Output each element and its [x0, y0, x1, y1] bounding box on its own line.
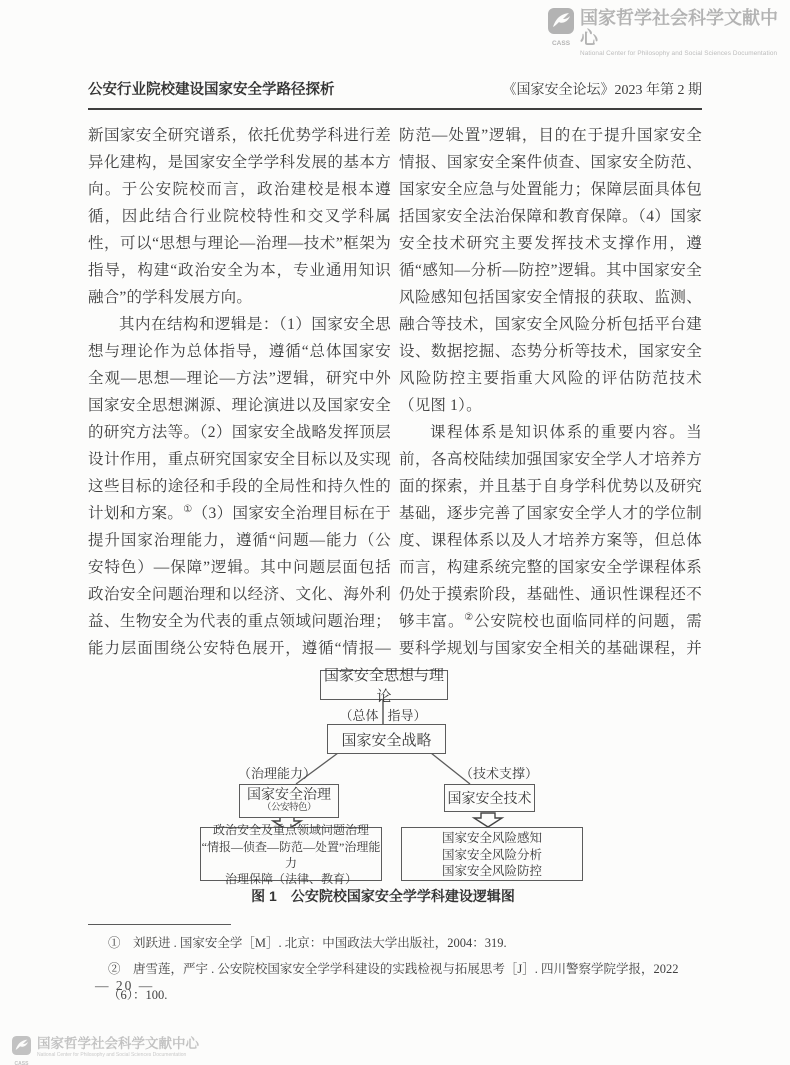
running-article-title: 公安行业院校建设国家安全学路径探析 — [88, 78, 335, 99]
node-security-governance: 国家安全治理 （公安特色） — [239, 784, 339, 818]
node-thought-theory: 国家安全思想与理论 — [320, 670, 448, 700]
paragraph: 新国家安全研究谱系，依托优势学科进行差异化建构，是国家安全学学科发展的基本方向。… — [88, 122, 391, 311]
footnote-ref-2: ② — [464, 612, 474, 623]
figure-caption: 图 1 公安院校国家安全学学科建设逻辑图 — [88, 886, 678, 906]
box-technology-details: 国家安全风险感知 国家安全风险分析 国家安全风险防控 — [401, 827, 583, 881]
figure-1-diagram: 国家安全思想与理论 （总体指导） 国家安全战略 （治理能力） （技术支撑） 国家… — [88, 668, 702, 913]
cass-logo-icon — [548, 8, 574, 39]
edge-label-technical-support: （技术支撑） — [460, 763, 538, 782]
cass-watermark-bottom: CASS 国家哲学社会科学文献中心 National Center for Ph… — [12, 1036, 199, 1065]
paragraph: 课程体系是知识体系的重要内容。当前，各高校陆续加强国家安全学人才培养方面的探索，… — [399, 419, 702, 665]
box-governance-details: 政治安全及重点领域问题治理 “情报—侦查—防范—处置”治理能力 治理保障（法律、… — [200, 827, 382, 881]
page-number: — 20 — — [95, 978, 154, 994]
cass-watermark-top: CASS 国家哲学社会科学文献中心 National Center for Ph… — [548, 8, 790, 57]
footnote-ref-1: ① — [183, 504, 192, 515]
cass-name-en: National Center for Philosophy and Socia… — [37, 1052, 199, 1058]
cass-name-en: National Center for Philosophy and Socia… — [580, 50, 790, 57]
footnote-separator — [88, 924, 231, 925]
footnote-item: ② 唐雪莲，严宇 . 公安院校国家安全学学科建设的实践检视与拓展思考［J］. 四… — [108, 956, 708, 1008]
paragraph: 防范—处置”逻辑，目的在于提升国家安全情报、国家安全案件侦查、国家安全防范、国家… — [399, 122, 702, 419]
cass-logo-icon — [12, 1036, 31, 1060]
cass-name-cn: 国家哲学社会科学文献中心 — [37, 1036, 199, 1051]
cass-abbr: CASS — [15, 1061, 29, 1065]
left-text-column: 新国家安全研究谱系，依托优势学科进行差异化建构，是国家安全学学科发展的基本方向。… — [88, 122, 391, 665]
node-security-strategy: 国家安全战略 — [327, 724, 446, 754]
node-security-technology: 国家安全技术 — [444, 784, 535, 812]
journal-page: CASS 国家哲学社会科学文献中心 National Center for Ph… — [0, 0, 790, 1065]
cass-name-cn: 国家哲学社会科学文献中心 — [580, 8, 790, 48]
block-arrow-down-icon — [474, 813, 502, 827]
edge-label-overall-guidance: （总体指导） — [339, 705, 426, 724]
edge-label-governance-capability: （治理能力） — [238, 763, 316, 782]
footnotes: ① 刘跃进 . 国家安全学［M］. 北京：中国政法大学出版社，2004：319.… — [108, 930, 708, 1008]
page-header: 公安行业院校建设国家安全学路径探析 《国家安全论坛》2023 年第 2 期 — [88, 78, 702, 110]
right-text-column: 防范—处置”逻辑，目的在于提升国家安全情报、国家安全案件侦查、国家安全防范、国家… — [399, 122, 702, 665]
paragraph: 其内在结构和逻辑是：（1）国家安全思想与理论作为总体指导，遵循“总体国家安全观—… — [88, 311, 391, 665]
journal-issue: 《国家安全论坛》2023 年第 2 期 — [503, 79, 703, 99]
footnote-item: ① 刘跃进 . 国家安全学［M］. 北京：中国政法大学出版社，2004：319. — [108, 930, 708, 956]
cass-abbr: CASS — [552, 40, 570, 47]
